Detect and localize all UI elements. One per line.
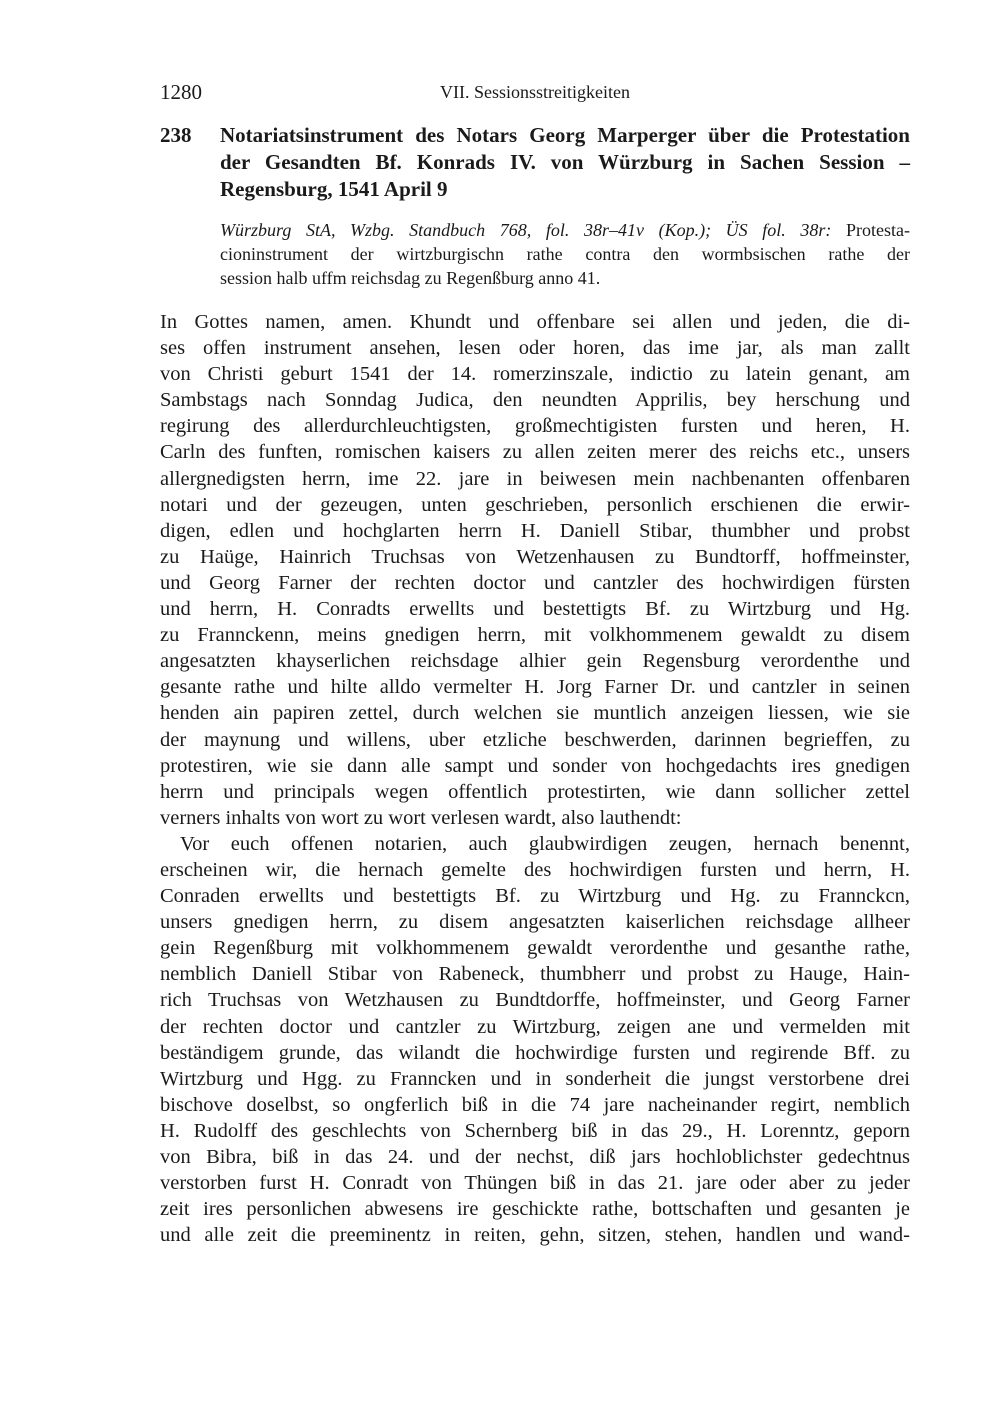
source-note: Würzburg StA, Wzbg. Standbuch 768, fol. … (220, 218, 910, 290)
body-line: henden ain papiren zettel, durch welchen… (160, 700, 910, 726)
body-line: beständigem grunde, das wilandt die hoch… (160, 1040, 910, 1066)
source-note-line: session halb uffm reichsdag zu Regenßbur… (220, 266, 910, 290)
body-line: gein Regenßburg mit volkhommenem gewaldt… (160, 935, 910, 961)
body-text: In Gottes namen, amen. Khundt und offenb… (160, 309, 910, 1248)
source-note-line: Würzburg StA, Wzbg. Standbuch 768, fol. … (220, 218, 910, 242)
body-line: gesante rathe und hilte alldo vermelter … (160, 674, 910, 700)
body-line: Carln des funften, romischen kaisers zu … (160, 439, 910, 465)
body-line: zu Frannckenn, meins gnedigen herrn, mit… (160, 622, 910, 648)
source-note-line: cioninstrument der wirtzburgischn rathe … (220, 242, 910, 266)
body-line: und alle zeit die preeminentz in reiten,… (160, 1222, 910, 1248)
body-line: zu Haüge, Hainrich Truchsas von Wetzenha… (160, 544, 910, 570)
title-line: der Gesandten Bf. Konrads IV. von Würzbu… (220, 149, 910, 176)
title-line: Notariatsinstrument des Notars Georg Mar… (220, 122, 910, 149)
section-title: VII. Sessionsstreitigkeiten (160, 82, 910, 103)
title-line: Regensburg, 1541 April 9 (220, 176, 910, 203)
document-title: Notariatsinstrument des Notars Georg Mar… (220, 122, 910, 203)
body-line: zeit ires personlichen abwesens ire gesc… (160, 1196, 910, 1222)
body-line: rich Truchsas von Wetzhausen zu Bundtdor… (160, 987, 910, 1013)
body-line: Vor euch offenen notarien, auch glaubwir… (160, 831, 910, 857)
body-line: regirung des allerdurchleuchtigsten, gro… (160, 413, 910, 439)
body-line: Conraden erwellts und bestettigts Bf. zu… (160, 883, 910, 909)
body-line: erscheinen wir, die hernach gemelte des … (160, 857, 910, 883)
running-head: 1280 VII. Sessionsstreitigkeiten (160, 80, 910, 108)
body-line: verners inhalts von wort zu wort verlese… (160, 805, 910, 831)
body-line: H. Rudolff des geschlechts von Schernber… (160, 1118, 910, 1144)
body-line: allergnedigsten herrn, ime 22. jare in b… (160, 466, 910, 492)
document-number: 238 (160, 122, 192, 149)
body-line: digen, edlen und hochglarten herrn H. Da… (160, 518, 910, 544)
document-page: 1280 VII. Sessionsstreitigkeiten 238 Not… (0, 0, 1004, 1418)
body-line: angesatzten khayserlichen reichsdage alh… (160, 648, 910, 674)
body-line: ses offen instrument ansehen, lesen oder… (160, 335, 910, 361)
archive-citation: Würzburg StA, Wzbg. Standbuch 768, fol. … (220, 220, 831, 240)
body-line: unsers gnedigen herrn, zu disem angesatz… (160, 909, 910, 935)
body-line: notari und der gezeugen, unten geschrieb… (160, 492, 910, 518)
body-line: und herrn, H. Conradts erwellts und best… (160, 596, 910, 622)
body-line: der maynung und willens, uber etzliche b… (160, 727, 910, 753)
body-line: bischove doselbst, so ongferlich biß in … (160, 1092, 910, 1118)
body-line: von Christi geburt 1541 der 14. romerzin… (160, 361, 910, 387)
body-line: herrn und principals wegen offentlich pr… (160, 779, 910, 805)
body-line: der rechten doctor und cantzler zu Wirtz… (160, 1014, 910, 1040)
body-line: Sambstags nach Sonndag Judica, den neund… (160, 387, 910, 413)
body-line: In Gottes namen, amen. Khundt und offenb… (160, 309, 910, 335)
body-line: verstorben furst H. Conradt von Thüngen … (160, 1170, 910, 1196)
body-line: nemblich Daniell Stibar von Rabeneck, th… (160, 961, 910, 987)
endorsement-text: Protesta- (831, 220, 910, 240)
body-line: protestiren, wie sie dann alle sampt und… (160, 753, 910, 779)
body-line: Wirtzburg und Hgg. zu Franncken und in s… (160, 1066, 910, 1092)
body-line: von Bibra, biß in das 24. und der nechst… (160, 1144, 910, 1170)
body-line: und Georg Farner der rechten doctor und … (160, 570, 910, 596)
